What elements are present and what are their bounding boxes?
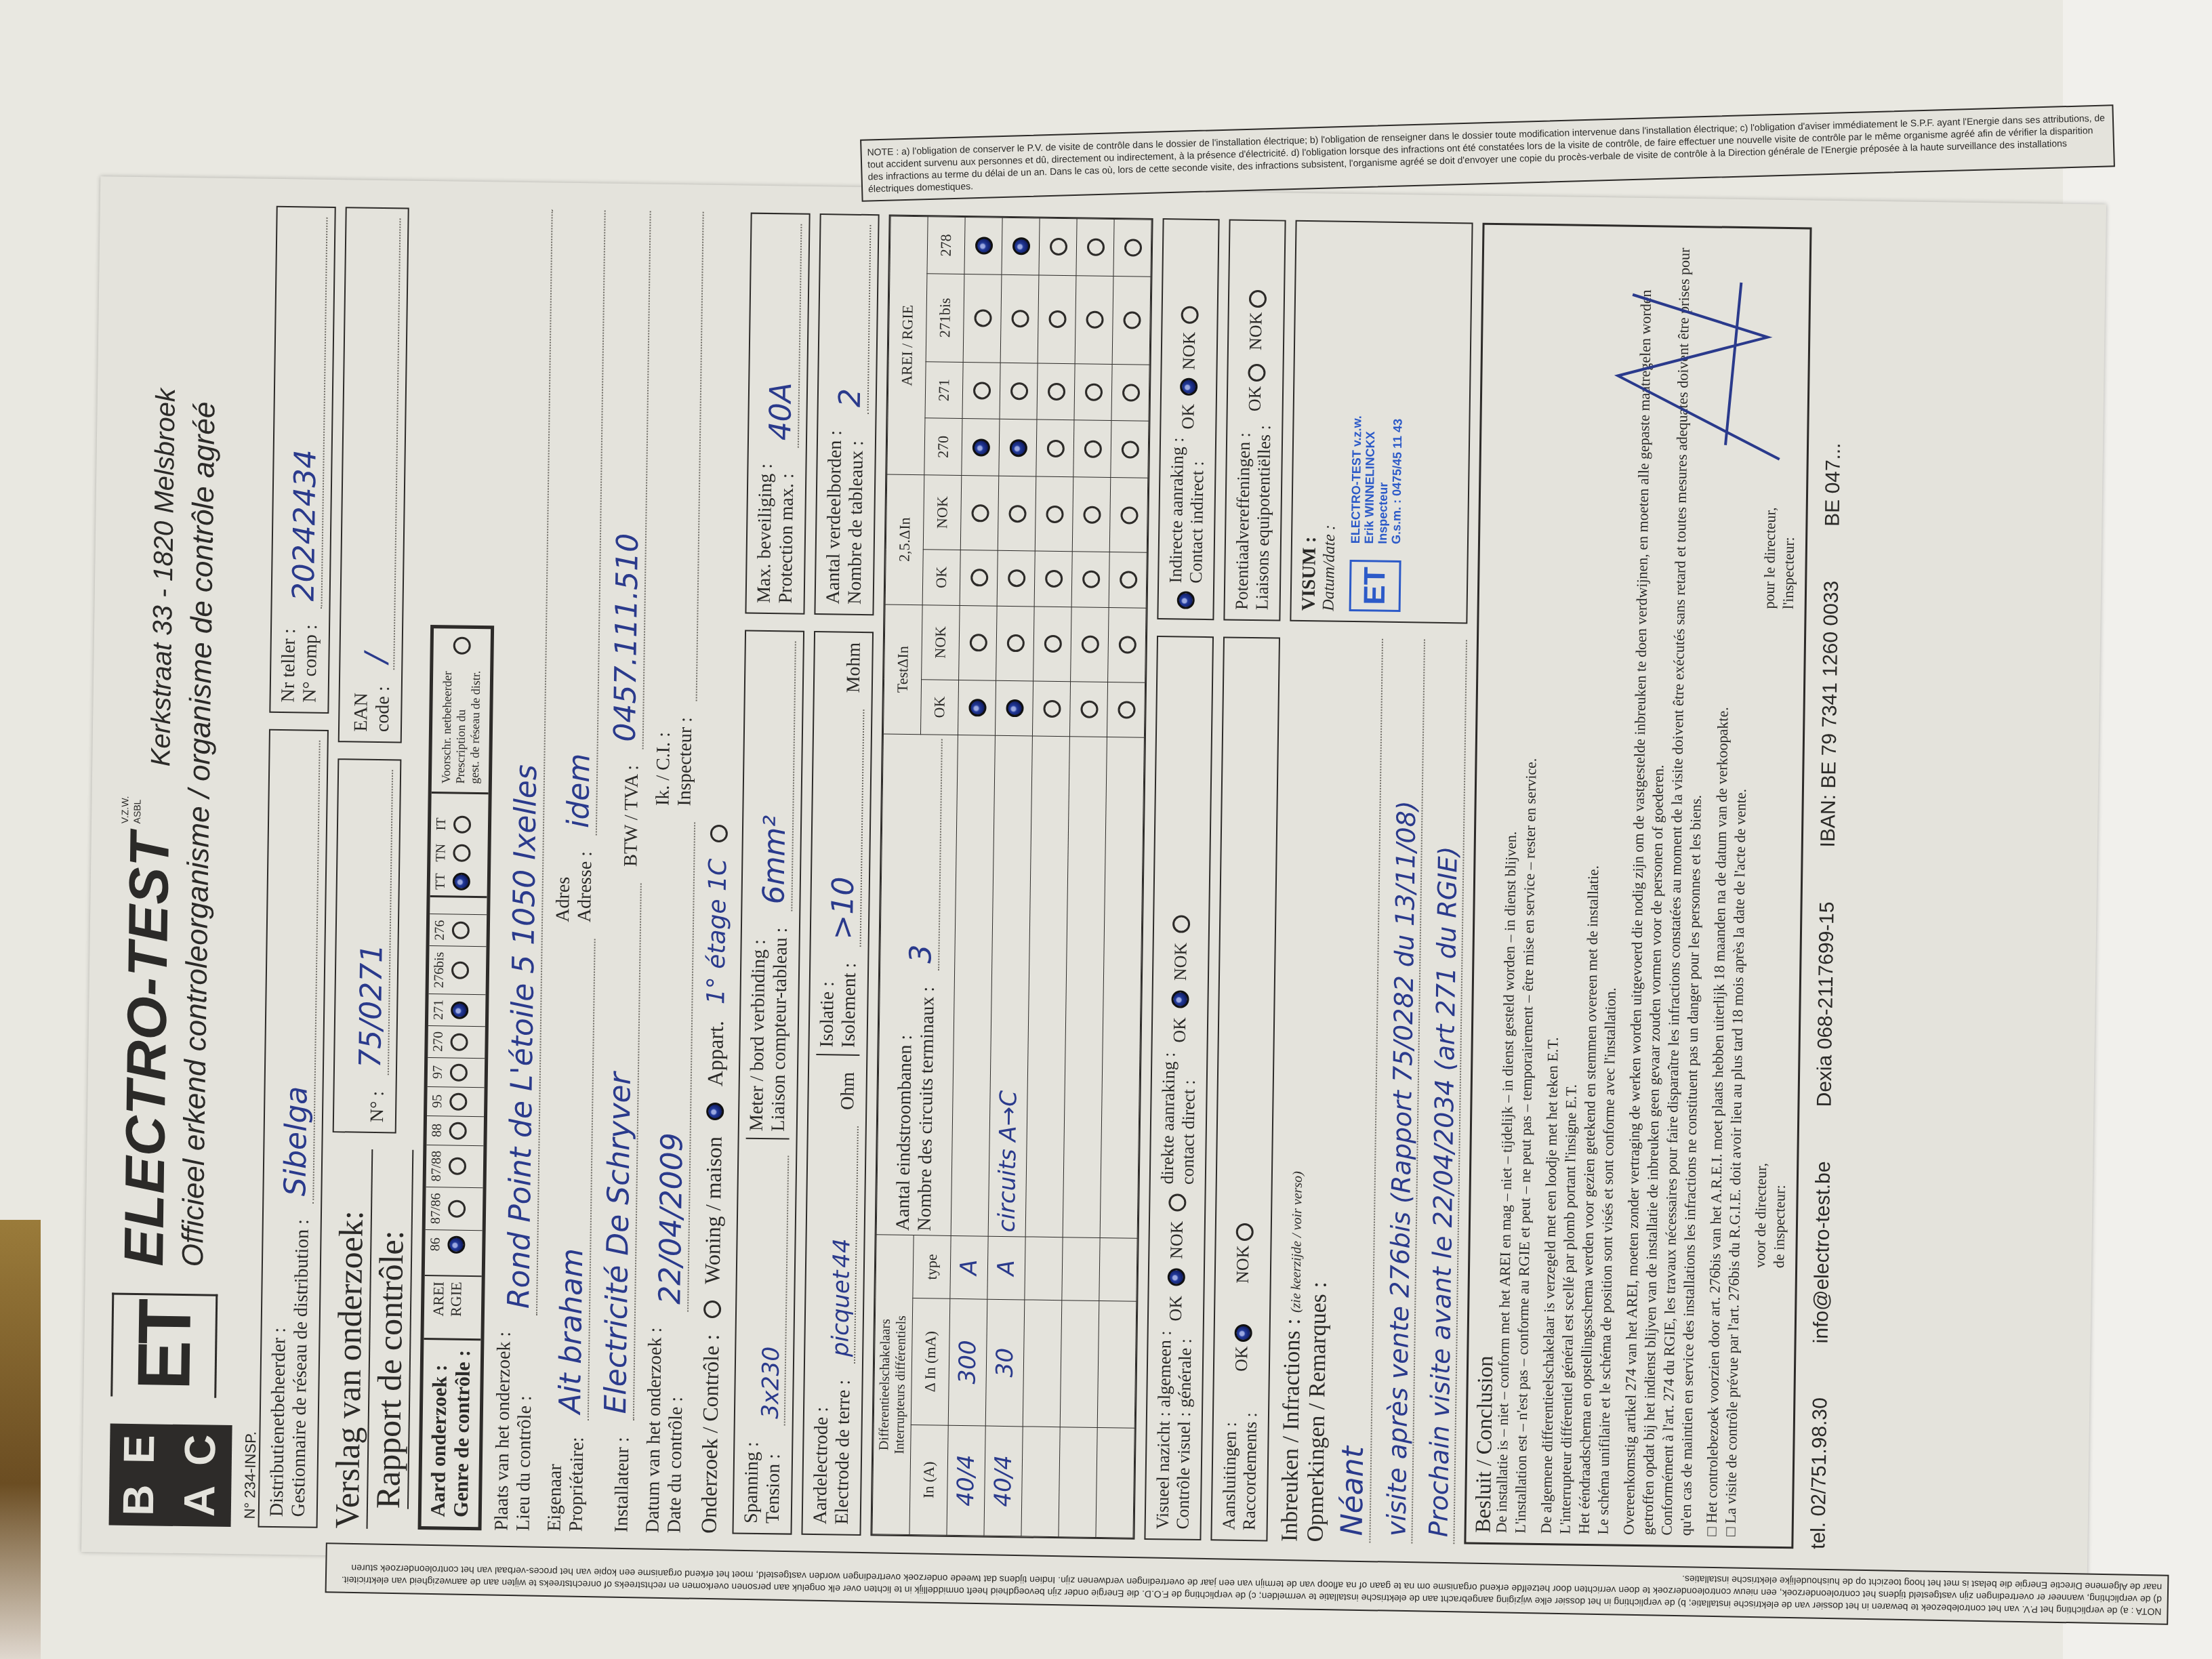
- other-premises-radio[interactable]: [710, 825, 727, 842]
- earth-electrode-field: Aardelectrode :Electrode de terre : picq…: [801, 631, 874, 1536]
- differential-check-radio[interactable]: [1048, 383, 1065, 401]
- remark-line-3[interactable]: Prochain visite avant le 22/04/2034 (art…: [1424, 846, 1463, 1537]
- differential-check-radio[interactable]: [1124, 239, 1142, 257]
- control-type-option: 276bis: [429, 945, 487, 994]
- apartment-radio[interactable]: [705, 1103, 723, 1120]
- brand-address: Kerkstraat 33 - 1820 Melsbroek: [146, 388, 181, 767]
- differential-check-radio[interactable]: [1044, 635, 1062, 653]
- differential-check-radio[interactable]: [1120, 506, 1138, 524]
- control-type-option: 271: [428, 994, 486, 1026]
- equipotential-nok-radio[interactable]: [1249, 290, 1267, 308]
- differential-check-radio[interactable]: [1011, 310, 1029, 327]
- grounding-radio[interactable]: [453, 873, 470, 890]
- indirect-contact-nok-radio[interactable]: [1181, 306, 1198, 323]
- differential-check-radio[interactable]: [1043, 700, 1061, 718]
- differential-check-radio[interactable]: [1046, 505, 1063, 523]
- house-radio[interactable]: [703, 1300, 720, 1318]
- visum-box: VISUM : Datum/date : ET ELECTRO-TEST v.z…: [1290, 220, 1473, 624]
- control-type-option: 87/86: [426, 1187, 483, 1230]
- visual-general-ok-radio[interactable]: [1168, 1269, 1185, 1286]
- installer-vat-value[interactable]: 0457.111.510: [608, 533, 645, 742]
- control-type-option: 88: [426, 1115, 484, 1145]
- installer-value[interactable]: Electricité De Schryver: [598, 1072, 638, 1414]
- owner-value[interactable]: Ait braham: [553, 1248, 590, 1414]
- differential-check-radio[interactable]: [973, 382, 991, 399]
- ean-code-value[interactable]: /: [359, 653, 393, 663]
- control-type-radio[interactable]: [449, 1158, 466, 1175]
- inspector-stamp: ET ELECTRO-TEST v.z.w. Erik WINNELINCKX …: [1348, 232, 1408, 612]
- form-footer: tel. 02/751.98.30 info@electro-test.be D…: [1807, 228, 1848, 1549]
- max-protection-field: Max. beveiliging :Protection max. : 40A: [745, 213, 810, 615]
- differential-check-radio[interactable]: [971, 504, 989, 522]
- control-type-radio[interactable]: [449, 1122, 467, 1139]
- control-type-radio[interactable]: [449, 1092, 467, 1110]
- voltage-field: Spanning :Tension : 3x230 Meter / bord v…: [732, 630, 804, 1535]
- control-type-option: 87/88: [426, 1145, 484, 1188]
- differential-check-radio[interactable]: [1122, 384, 1140, 401]
- differential-check-radio[interactable]: [1087, 239, 1105, 256]
- differential-check-radio[interactable]: [968, 699, 986, 716]
- differential-check-radio[interactable]: [1010, 382, 1028, 400]
- brand-block: ELECTRO-TEST V.Z.W. ASBL Kerkstraat 33 -…: [112, 388, 222, 1267]
- remark-line-1[interactable]: Néant: [1335, 1446, 1371, 1536]
- beac-logo: BE AC: [109, 1424, 232, 1527]
- differential-check-radio[interactable]: [1080, 700, 1098, 718]
- ean-code-field: EAN code : /: [338, 207, 409, 743]
- differential-check-radio[interactable]: [1083, 506, 1101, 523]
- differential-check-radio[interactable]: [1123, 312, 1141, 329]
- direct-contact-ok-radio[interactable]: [1171, 990, 1189, 1008]
- control-type-radio[interactable]: [452, 922, 470, 939]
- connections-nok-radio[interactable]: [1236, 1223, 1254, 1241]
- control-type-option: 95: [427, 1086, 485, 1116]
- differential-check-radio[interactable]: [1008, 569, 1025, 587]
- remarks-section: Inbreuken / Infractions : (zie keerzijde…: [1277, 638, 1467, 1544]
- grounding-option: IT: [431, 810, 489, 839]
- prescription-radio[interactable]: [453, 636, 471, 654]
- control-type-option: 97: [428, 1057, 485, 1087]
- direct-contact-nok-radio[interactable]: [1172, 916, 1190, 933]
- boards-count-field: Aantal verdeelborden :Nombre de tableaux…: [814, 213, 879, 615]
- grounding-option: TN: [430, 838, 488, 868]
- differential-check-radio[interactable]: [1012, 237, 1030, 255]
- grounding-radio[interactable]: [453, 844, 470, 862]
- inspection-form-page: BE AC ET ELECTRO-TEST V.Z.W. ASBL Kerkst…: [81, 176, 2106, 1580]
- grounding-option: TT: [430, 867, 488, 896]
- differential-check-radio[interactable]: [1006, 699, 1023, 717]
- form-number: N° 234-INSP.: [241, 1431, 260, 1519]
- differential-check-radio[interactable]: [1084, 440, 1102, 457]
- indirect-contact-flag[interactable]: [1177, 591, 1195, 609]
- location-value[interactable]: Rond Point de L'étoile 5 1050 Ixelles: [501, 764, 544, 1309]
- form-header: BE AC ET ELECTRO-TEST V.Z.W. ASBL Kerkst…: [109, 204, 256, 1527]
- owner-address-value[interactable]: idem: [561, 753, 597, 828]
- differential-check-radio[interactable]: [1007, 634, 1025, 652]
- differential-check-radio[interactable]: [972, 438, 990, 456]
- differential-check-radio[interactable]: [970, 569, 988, 587]
- brand-legal: V.Z.W. ASBL: [119, 796, 144, 823]
- control-type-radio[interactable]: [450, 1063, 468, 1081]
- differential-check-radio[interactable]: [1085, 384, 1103, 401]
- report-number-value[interactable]: 75/0271: [353, 944, 390, 1068]
- differential-check-radio[interactable]: [1118, 701, 1135, 718]
- indirect-contact-ok-radio[interactable]: [1180, 378, 1197, 396]
- differential-check-radio[interactable]: [1082, 571, 1100, 588]
- control-type-radio[interactable]: [447, 1235, 465, 1253]
- inspector-signature: [1590, 267, 1796, 473]
- control-type-grid: Aard onderzoek : Genre de contrôle : ARE…: [418, 625, 495, 1530]
- control-type-radio[interactable]: [450, 1033, 468, 1050]
- control-type-option: 276: [430, 914, 487, 946]
- differential-check-radio[interactable]: [1050, 238, 1067, 255]
- differential-check-radio[interactable]: [975, 237, 993, 255]
- differential-check-radio[interactable]: [1122, 441, 1139, 458]
- differential-check-radio[interactable]: [1045, 570, 1063, 588]
- control-type-radio[interactable]: [451, 962, 469, 979]
- report-title-nl: Verslag van onderzoek:: [327, 1149, 373, 1529]
- background-table-surface: [0, 1220, 41, 1659]
- differential-check-radio[interactable]: [974, 309, 991, 327]
- note-box-fr: NOTE : a) l'obligation de conserver le P…: [860, 104, 2115, 202]
- equipotential-field: Potentiaalvereffeningen :Liaisons equipo…: [1223, 219, 1286, 621]
- visual-general-nok-radio[interactable]: [1168, 1193, 1186, 1211]
- differential-table: DifferentieelschakelaarsInterrupteurs di…: [870, 214, 1153, 1539]
- visual-inspection-field: Visueel nazicht : algemeen :Contrôle vis…: [1144, 636, 1214, 1540]
- meter-number-field: Nr teller : N° comp : 20242434: [269, 206, 335, 714]
- control-type-option: 270: [428, 1025, 485, 1058]
- report-title-fr: Rapport de contrôle:: [368, 1149, 413, 1509]
- differential-check-radio[interactable]: [970, 634, 987, 651]
- meter-number-value[interactable]: 20242434: [287, 449, 323, 602]
- brand-name: ELECTRO-TEST: [113, 832, 181, 1267]
- control-type-radio[interactable]: [448, 1200, 466, 1218]
- differential-check-radio[interactable]: [1048, 310, 1066, 328]
- differential-check-radio[interactable]: [1120, 571, 1137, 589]
- indirect-contact-field: Indirecte aanraking :Contact indirect : …: [1157, 218, 1219, 620]
- equipotential-ok-radio[interactable]: [1248, 364, 1265, 382]
- control-type-radio[interactable]: [451, 1001, 468, 1019]
- control-type-option: 86: [425, 1229, 483, 1259]
- grounding-radio[interactable]: [453, 815, 471, 833]
- conclusion-section: Besluit / Conclusion De installatie is –…: [1464, 223, 1811, 1549]
- electro-test-logo: ET: [110, 1293, 218, 1398]
- distributor-value[interactable]: Sibelga: [278, 1086, 314, 1196]
- report-number-field: N° : 75/0271: [333, 758, 402, 1133]
- differential-check-radio[interactable]: [1119, 636, 1136, 653]
- apartment-value[interactable]: 1° étage 1C: [702, 859, 732, 1005]
- differential-check-radio[interactable]: [1082, 636, 1099, 653]
- connections-field: Aansluitingen :Raccordements : OK NOK: [1210, 636, 1280, 1541]
- connections-ok-radio[interactable]: [1235, 1324, 1252, 1342]
- distributor-field: Distributienetbeheerder : Gestionnaire d…: [258, 729, 329, 1528]
- differential-check-radio[interactable]: [1047, 439, 1065, 457]
- control-date-value[interactable]: 22/04/2009: [653, 1132, 690, 1305]
- differential-check-radio[interactable]: [1010, 439, 1027, 457]
- differential-check-radio[interactable]: [1008, 505, 1026, 523]
- differential-check-radio[interactable]: [1086, 311, 1103, 329]
